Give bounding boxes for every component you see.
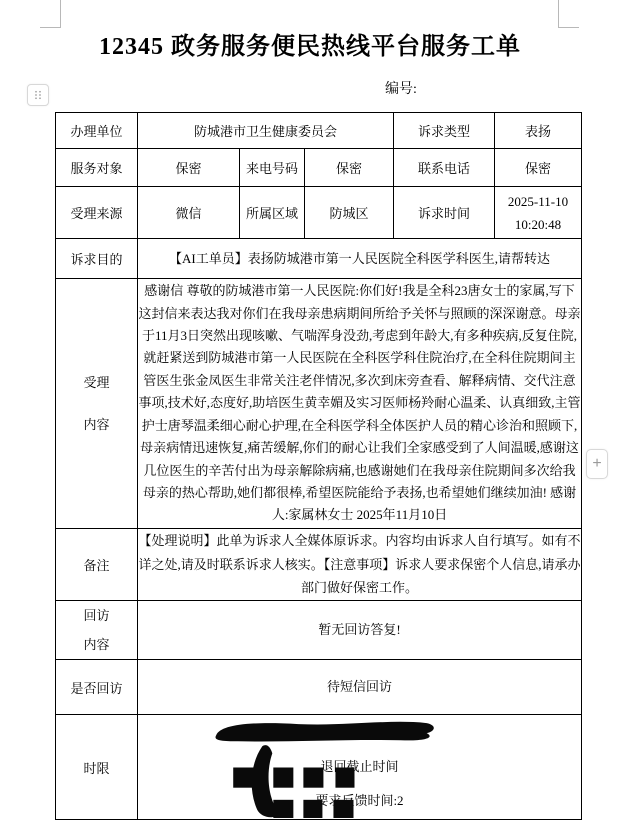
work-order-table: 办理单位 防城港市卫生健康委员会 诉求类型 表扬 服务对象 保密 来电号码 保密…: [55, 112, 582, 820]
dispatch-deadline-line: 派单截止时间:: [138, 716, 581, 750]
visit-status-value: 待短信回访: [138, 660, 582, 715]
appeal-purpose-label: 诉求目的: [56, 239, 138, 279]
drag-handle-button[interactable]: [27, 84, 49, 106]
accept-source-value: 微信: [138, 187, 240, 239]
contact-phone-label: 联系电话: [394, 149, 495, 187]
add-content-button[interactable]: +: [586, 449, 608, 479]
region-value: 防城区: [305, 187, 394, 239]
remark-label: 备注: [56, 529, 138, 601]
caller-number-value: 保密: [305, 149, 394, 187]
appeal-time-value: 2025-11-10 10:20:48: [495, 187, 582, 239]
service-target-label: 服务对象: [56, 149, 138, 187]
table-row: 办理单位 防城港市卫生健康委员会 诉求类型 表扬: [56, 113, 582, 149]
text-boundary-corner-mark-right: [558, 0, 579, 28]
plus-icon: +: [592, 455, 601, 473]
region-label: 所属区域: [240, 187, 305, 239]
visit-content-label: 回访 内容: [56, 601, 138, 660]
visit-content-value: 暂无回访答复!: [138, 601, 582, 660]
table-row: 受理来源 微信 所属区域 防城区 诉求时间 2025-11-10 10:20:4…: [56, 187, 582, 239]
table-row: 诉求目的 【AI工单员】表扬防城港市第一人民医院全科医学科医生,请帮转达: [56, 239, 582, 279]
table-row: 回访 内容 暂无回访答复!: [56, 601, 582, 660]
document-number-label: 编号:: [385, 78, 417, 98]
table-row: 受理 内容 感谢信 尊敬的防城港市第一人民医院:你们好!我是全科23唐女士的家属…: [56, 279, 582, 529]
work-order-document: 12345 政务服务便民热线平台服务工单 编号: + 办理单位 防城港市卫生健康…: [0, 0, 620, 836]
table-row: 备注 【处理说明】此单为诉求人全媒体原诉求。内容均由诉求人自行填写。如有不详之处…: [56, 529, 582, 601]
remark-value: 【处理说明】此单为诉求人全媒体原诉求。内容均由诉求人自行填写。如有不详之处,请及…: [138, 529, 582, 601]
handling-unit-value: 防城港市卫生健康委员会: [138, 113, 394, 149]
return-deadline-line: 退回截止时间: [138, 750, 581, 784]
contact-phone-value: 保密: [495, 149, 582, 187]
accept-source-label: 受理来源: [56, 187, 138, 239]
appeal-purpose-value: 【AI工单员】表扬防城港市第一人民医院全科医学科医生,请帮转达: [138, 239, 582, 279]
feedback-deadline-line: 要求反馈时间:2: [138, 784, 581, 818]
appeal-type-label: 诉求类型: [394, 113, 495, 149]
accept-content-value: 感谢信 尊敬的防城港市第一人民医院:你们好!我是全科23唐女士的家属,写下这封信…: [138, 279, 582, 529]
caller-number-label: 来电号码: [240, 149, 305, 187]
drag-handle-icon: [34, 89, 42, 101]
table-row: 服务对象 保密 来电号码 保密 联系电话 保密: [56, 149, 582, 187]
deadline-label: 时限: [56, 715, 138, 820]
visit-status-label: 是否回访: [56, 660, 138, 715]
text-boundary-corner-mark-left: [40, 0, 61, 28]
deadline-value: 派单截止时间: 退回截止时间 要求反馈时间:2: [138, 715, 582, 820]
appeal-date: 2025-11-10: [495, 190, 581, 213]
appeal-clock: 10:20:48: [495, 213, 581, 236]
page-title: 12345 政务服务便民热线平台服务工单: [0, 26, 620, 61]
accept-content-label: 受理 内容: [56, 279, 138, 529]
handling-unit-label: 办理单位: [56, 113, 138, 149]
table-row: 时限 派单截止时间: 退回截止时间 要求反馈时间:2: [56, 715, 582, 820]
table-row: 是否回访 待短信回访: [56, 660, 582, 715]
appeal-time-label: 诉求时间: [394, 187, 495, 239]
service-target-value: 保密: [138, 149, 240, 187]
appeal-type-value: 表扬: [495, 113, 582, 149]
